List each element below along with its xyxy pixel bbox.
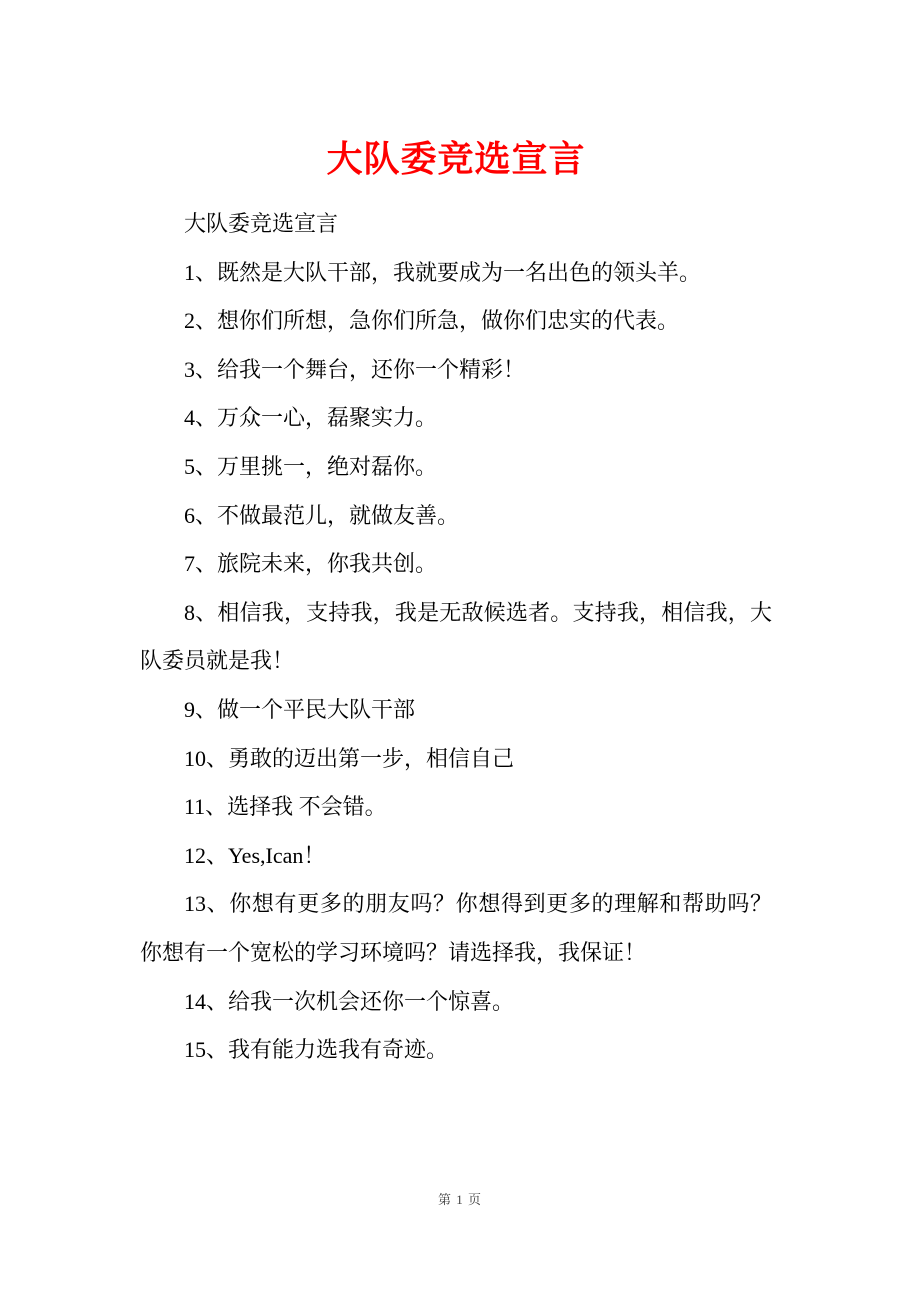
paragraph-item-2: 2、想你们所想，急你们所急，做你们忠实的代表。 xyxy=(140,297,772,346)
paragraph-item-10: 10、勇敢的迈出第一步，相信自己 xyxy=(140,735,772,784)
paragraph-item-13: 13、你想有更多的朋友吗？你想得到更多的理解和帮助吗？你想有一个宽松的学习环境吗… xyxy=(140,880,772,977)
paragraph-item-15: 15、我有能力选我有奇迹。 xyxy=(140,1026,772,1075)
paragraph-item-6: 6、不做最范儿，就做友善。 xyxy=(140,492,772,541)
document-content: 大队委竞选宣言 大队委竞选宣言 1、既然是大队干部，我就要成为一名出色的领头羊。… xyxy=(140,138,772,1075)
paragraph-item-7: 7、旅院未来，你我共创。 xyxy=(140,540,772,589)
paragraph-item-4: 4、万众一心，磊聚实力。 xyxy=(140,394,772,443)
page-number: 第 1 页 xyxy=(0,1190,920,1210)
document-page: 大队委竞选宣言 大队委竞选宣言 1、既然是大队干部，我就要成为一名出色的领头羊。… xyxy=(0,0,920,1302)
paragraph-item-8: 8、相信我，支持我，我是无敌候选者。支持我，相信我，大队委员就是我！ xyxy=(140,589,772,686)
paragraph-item-5: 5、万里挑一，绝对磊你。 xyxy=(140,443,772,492)
paragraph-item-1: 1、既然是大队干部，我就要成为一名出色的领头羊。 xyxy=(140,249,772,298)
paragraph-item-12: 12、Yes,Ican！ xyxy=(140,832,772,881)
paragraph-item-14: 14、给我一次机会还你一个惊喜。 xyxy=(140,978,772,1027)
paragraph-item-3: 3、给我一个舞台，还你一个精彩！ xyxy=(140,346,772,395)
paragraph-item-9: 9、做一个平民大队干部 xyxy=(140,686,772,735)
paragraph-subtitle: 大队委竞选宣言 xyxy=(140,200,772,249)
document-title: 大队委竞选宣言 xyxy=(140,138,772,180)
paragraph-list: 大队委竞选宣言 1、既然是大队干部，我就要成为一名出色的领头羊。 2、想你们所想… xyxy=(140,200,772,1075)
paragraph-item-11: 11、选择我 不会错。 xyxy=(140,783,772,832)
